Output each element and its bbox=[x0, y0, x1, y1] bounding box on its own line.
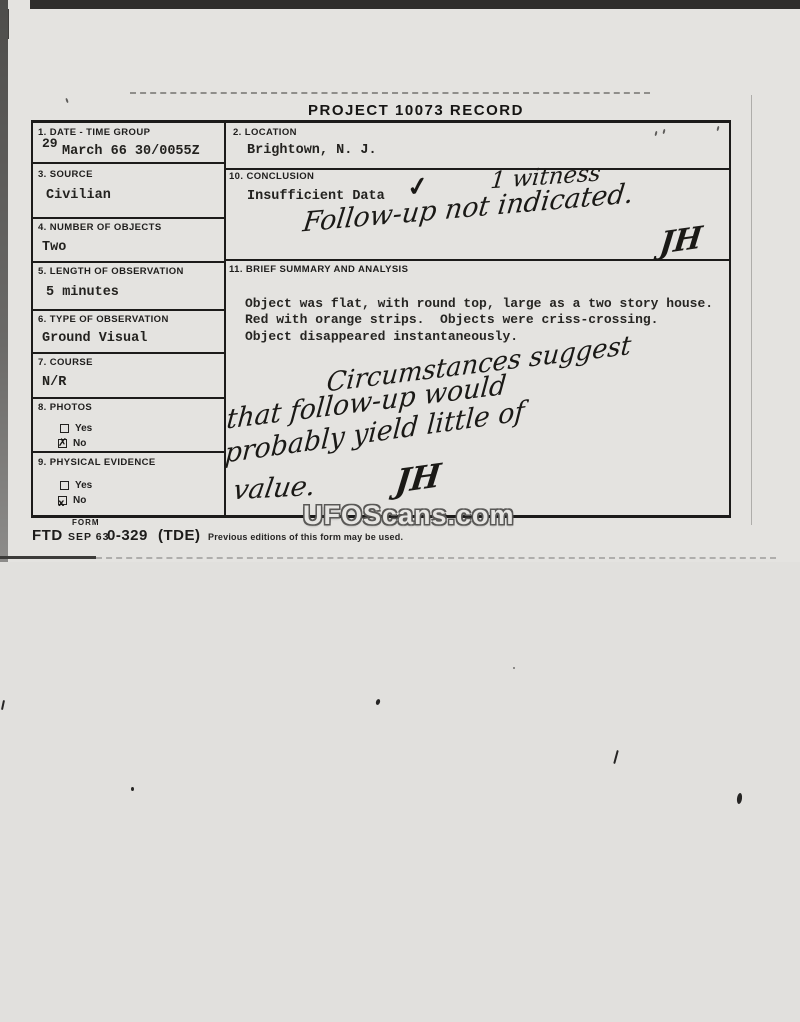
scan-speck bbox=[513, 667, 515, 669]
scan-speck bbox=[131, 787, 134, 791]
field-date-day-value: 29 bbox=[42, 136, 58, 151]
physical-evidence-yes-label: Yes bbox=[75, 480, 92, 491]
field-conclusion-label: 10. CONCLUSION bbox=[229, 171, 314, 182]
field-number-of-objects-value: Two bbox=[42, 240, 66, 255]
field-type-of-observation-label: 6. TYPE OF OBSERVATION bbox=[38, 314, 169, 325]
field-source-value: Civilian bbox=[46, 188, 111, 203]
field-length-of-observation-label: 5. LENGTH OF OBSERVATION bbox=[38, 266, 184, 277]
physical-evidence-no-row: xNo bbox=[58, 495, 86, 506]
footer-previous-editions-note: Previous editions of this form may be us… bbox=[208, 532, 403, 542]
table-border-top bbox=[31, 120, 731, 123]
field-type-of-observation-value: Ground Visual bbox=[42, 331, 147, 346]
page-title: PROJECT 10073 RECORD bbox=[308, 102, 524, 119]
summary-line-1: Object was flat, with round top, large a… bbox=[245, 296, 713, 313]
footer-form-date: SEP 63 bbox=[68, 531, 109, 543]
field-photos-label: 8. PHOTOS bbox=[38, 402, 92, 413]
lower-sheet-background bbox=[0, 562, 800, 1022]
table-border-left bbox=[31, 120, 33, 517]
photos-no-checkbox: ✗ bbox=[58, 439, 67, 448]
field-brief-summary-label: 11. BRIEF SUMMARY AND ANALYSIS bbox=[229, 264, 408, 275]
paper-crease-line bbox=[751, 95, 752, 525]
photos-no-x-mark: ✗ bbox=[58, 436, 67, 449]
row-line bbox=[31, 397, 225, 399]
scan-speck bbox=[654, 131, 657, 136]
field-location-label: 2. LOCATION bbox=[233, 127, 297, 138]
physical-evidence-yes-checkbox bbox=[60, 481, 69, 490]
row-line bbox=[225, 168, 730, 170]
handwritten-conclusion-note: Follow-up not indicated. bbox=[301, 178, 635, 238]
photos-yes-checkbox bbox=[60, 424, 69, 433]
footer-form-number: 0-329 bbox=[107, 527, 148, 544]
field-course-label: 7. COURSE bbox=[38, 357, 93, 368]
field-length-of-observation-value: 5 minutes bbox=[46, 285, 119, 300]
row-line bbox=[31, 451, 225, 453]
row-line bbox=[31, 217, 225, 219]
handwritten-analysis-initials: JH bbox=[393, 456, 443, 501]
photos-yes-row: Yes bbox=[60, 423, 92, 434]
scan-dashed-artifact-line bbox=[130, 92, 650, 94]
watermark: UFOScans.com bbox=[303, 500, 515, 531]
footer-ftd: FTD bbox=[32, 527, 63, 544]
field-course-value: N/R bbox=[42, 375, 66, 390]
footer-form-suffix: (TDE) bbox=[158, 527, 201, 544]
physical-evidence-no-x-mark: x bbox=[58, 498, 64, 509]
photos-yes-label: Yes bbox=[75, 423, 92, 434]
scan-speck bbox=[716, 126, 719, 131]
row-line bbox=[31, 261, 225, 263]
row-line bbox=[31, 309, 225, 311]
summary-line-3: Object disappeared instantaneously. bbox=[245, 329, 518, 346]
scan-speck bbox=[662, 129, 665, 134]
table-border-right bbox=[729, 120, 731, 517]
physical-evidence-no-label: No bbox=[73, 495, 86, 506]
scan-left-edge-shadow bbox=[0, 0, 8, 562]
handwritten-conclusion-initials: JH bbox=[658, 220, 705, 262]
photos-no-row: ✗No bbox=[58, 438, 86, 449]
summary-line-2: Red with orange strips. Objects were cri… bbox=[245, 312, 658, 329]
scanned-ufo-record-page: { "page": { "title": "PROJECT 10073 RECO… bbox=[0, 0, 800, 1022]
footer-form-label: FORM bbox=[72, 518, 100, 527]
scan-speck bbox=[65, 98, 69, 103]
sheet-edge-line-dashed bbox=[96, 557, 776, 559]
row-line bbox=[31, 162, 225, 164]
row-line bbox=[31, 352, 225, 354]
sheet-edge-line-heavy bbox=[0, 556, 96, 559]
scan-top-edge-bar bbox=[30, 0, 800, 9]
physical-evidence-yes-row: Yes bbox=[60, 480, 92, 491]
field-location-value: Brightown, N. J. bbox=[247, 143, 377, 158]
field-physical-evidence-label: 9. PHYSICAL EVIDENCE bbox=[38, 457, 156, 468]
physical-evidence-no-checkbox: x bbox=[58, 496, 67, 505]
field-source-label: 3. SOURCE bbox=[38, 169, 93, 180]
photos-no-label: No bbox=[73, 438, 86, 449]
field-date-time-group-value: March 66 30/0055Z bbox=[62, 144, 200, 159]
field-number-of-objects-label: 4. NUMBER OF OBJECTS bbox=[38, 222, 162, 233]
row-line bbox=[225, 259, 730, 261]
